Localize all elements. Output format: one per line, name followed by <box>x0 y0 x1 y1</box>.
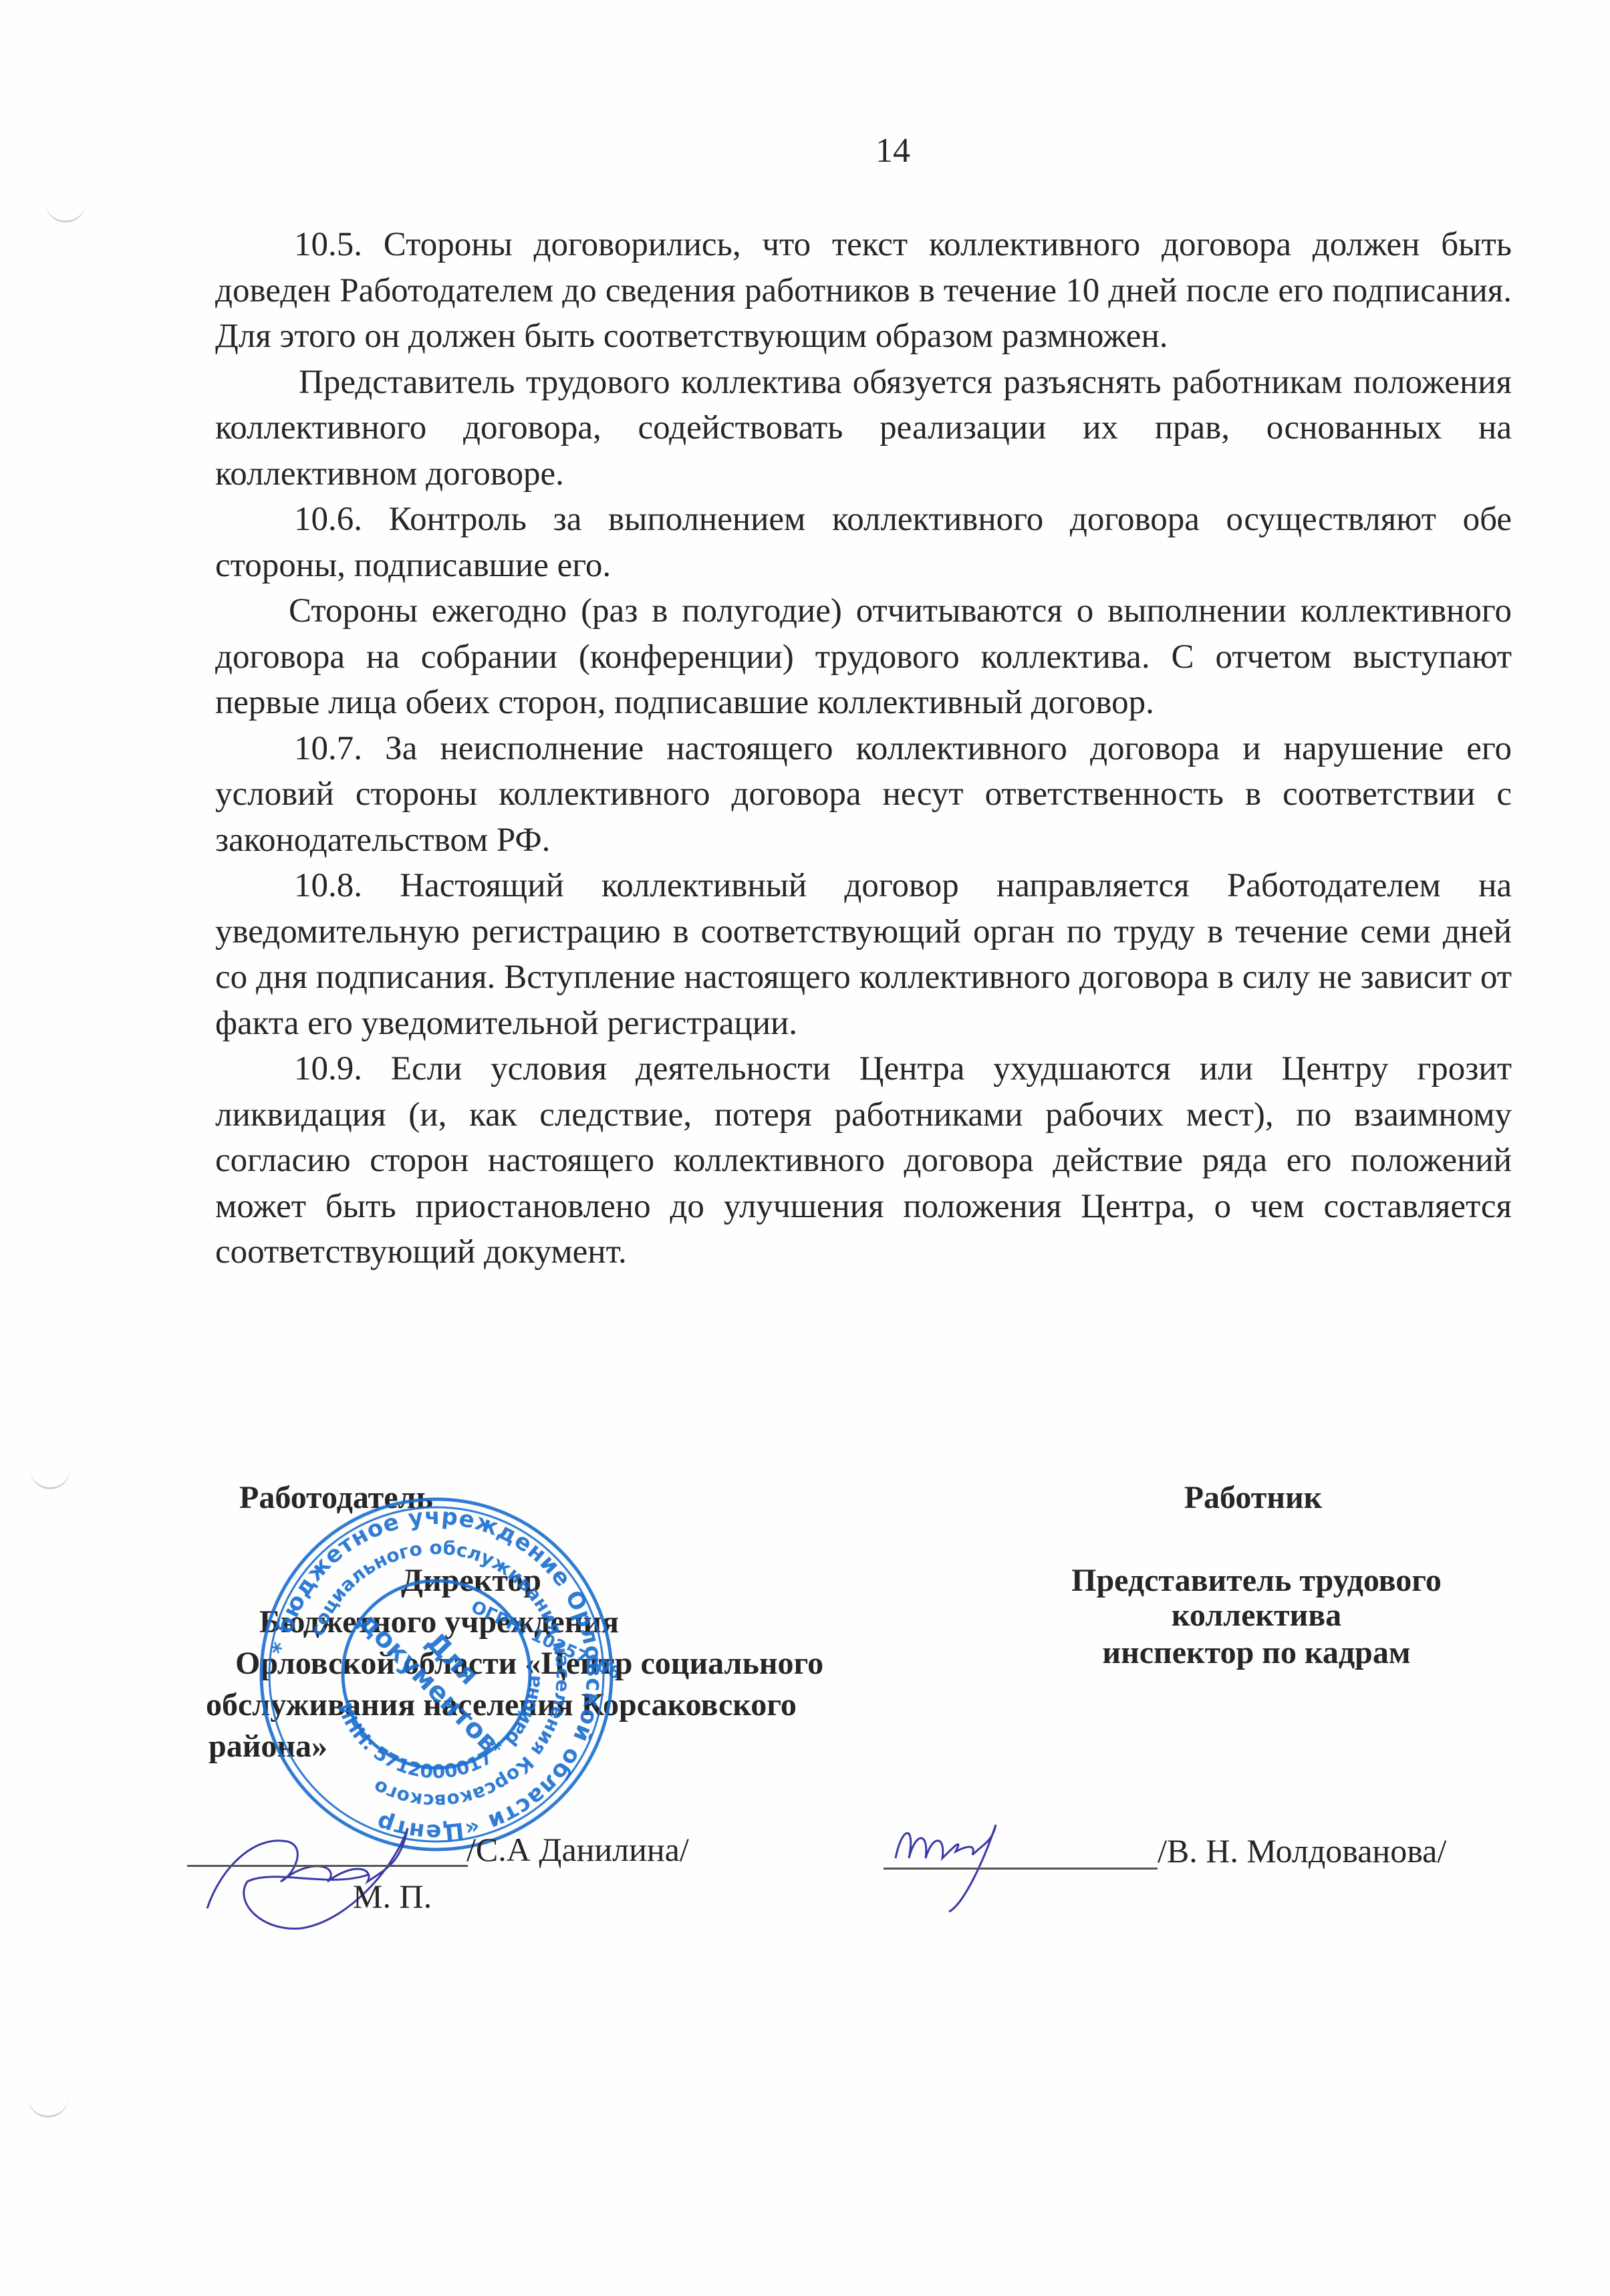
scan-mark <box>28 2095 68 2118</box>
page-number: 14 <box>876 131 910 170</box>
document-body: 10.5. Стороны договорились, что текст ко… <box>215 222 1512 1275</box>
paragraph-10-8: 10.8. Настоящий коллективный договор нап… <box>215 863 1512 1046</box>
stamp-seal-icon: * бюджетное учреждение Орловской области… <box>256 1494 617 1855</box>
seal-label: М. П. <box>353 1877 432 1916</box>
paragraph-10-5: 10.5. Стороны договорились, что текст ко… <box>215 222 1512 360</box>
employee-sign-line <box>884 1868 1158 1870</box>
employee-signature <box>882 1818 1029 1925</box>
employer-sign-line <box>187 1865 468 1867</box>
paragraph-reporting: Стороны ежегодно (раз в полугодие) отчит… <box>215 588 1512 726</box>
document-page: 14 10.5. Стороны договорились, что текст… <box>0 0 1610 2296</box>
paragraph-10-7: 10.7. За неисполнение настоящего коллект… <box>215 726 1512 864</box>
employee-heading: Работник <box>956 1477 1557 1519</box>
official-stamp: * бюджетное учреждение Орловской области… <box>256 1494 617 1855</box>
scan-mark <box>30 1467 70 1489</box>
employer-signature <box>194 1815 461 1935</box>
employee-block: Работник Представитель трудового коллект… <box>956 1477 1557 1674</box>
paragraph-10-6: 10.6. Контроль за выполнением коллективн… <box>215 497 1512 588</box>
employee-name: /В. Н. Молдованова/ <box>1158 1831 1446 1870</box>
employer-name: /С.А Данилина/ <box>466 1830 689 1869</box>
employee-title-line3: инспектор по кадрам <box>956 1632 1557 1674</box>
paragraph-10-9: 10.9. Если условия деятельности Центра у… <box>215 1046 1512 1275</box>
scan-mark <box>45 201 86 223</box>
paragraph-representative: Представитель трудового коллектива обязу… <box>215 360 1512 497</box>
employee-title-line2: коллектива <box>956 1595 1557 1636</box>
